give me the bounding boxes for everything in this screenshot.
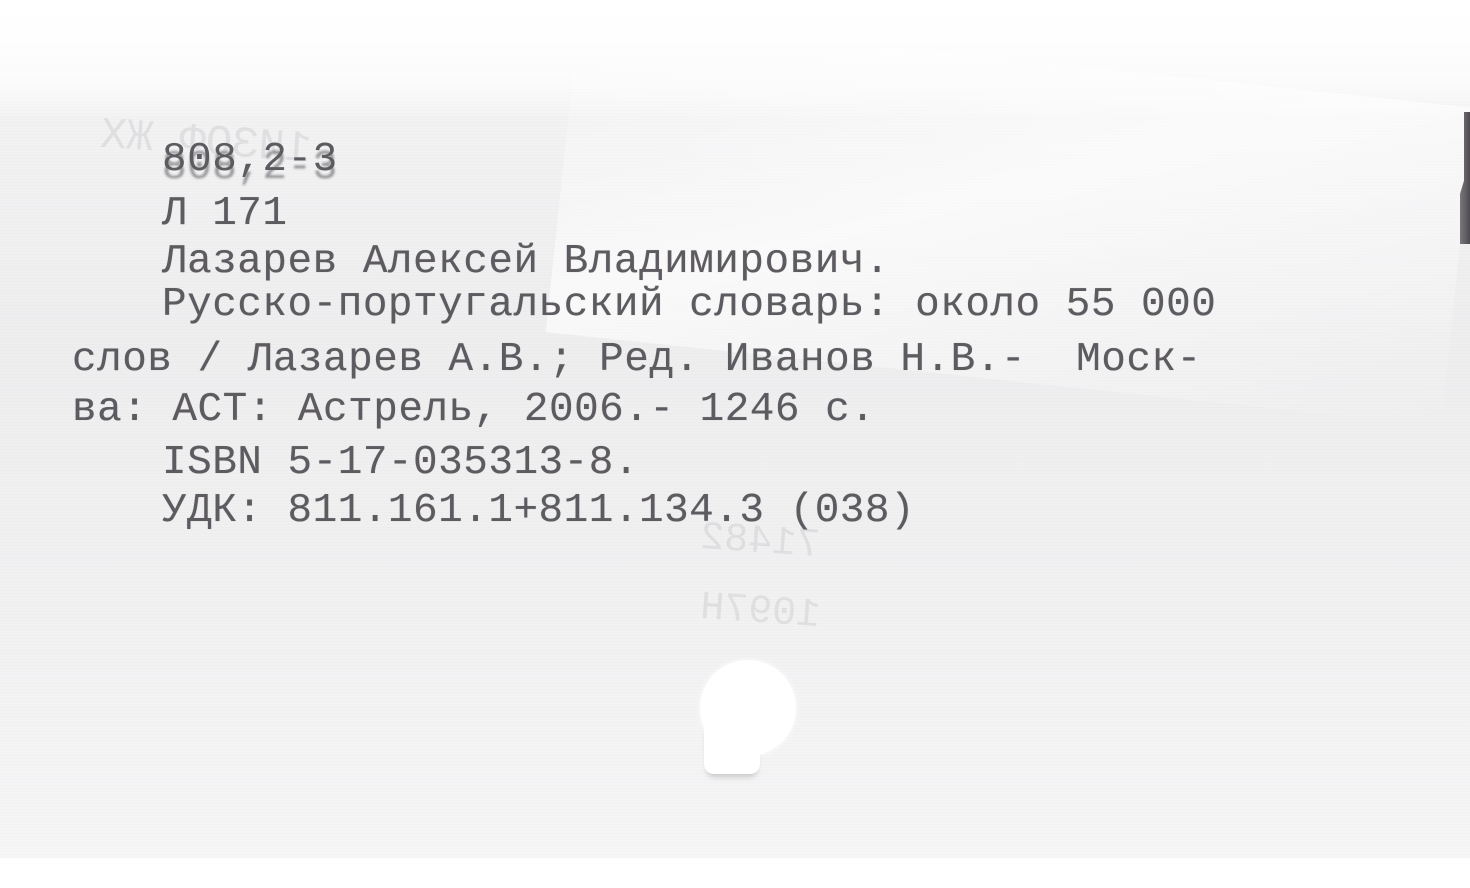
punch-hole (700, 660, 796, 756)
udk-classification: УДК: 811.161.1+811.134.3 (038) (162, 485, 915, 537)
description-line-1: Русско-португальский словарь: около 55 0… (162, 279, 1216, 331)
bleed-through-text-lower: 1097Н (699, 586, 822, 639)
isbn: ISBN 5-17-035313-8. (162, 437, 639, 489)
scanned-catalog-card: 1ИЗОФ ЖХ 71482 1097Н 808,2-3 Л 171 Лазар… (0, 0, 1470, 888)
card-paper: 1ИЗОФ ЖХ 71482 1097Н 808,2-3 Л 171 Лазар… (0, 0, 1470, 858)
author-mark: Л 171 (162, 188, 288, 240)
description-line-2: слов / Лазарев А.В.; Ред. Иванов Н.В.- М… (72, 334, 1202, 386)
description-line-3: ва: АСТ: Астрель, 2006.- 1246 с. (72, 384, 875, 436)
scan-highlight (0, 0, 1470, 120)
shelfmark: 808,2-3 (162, 134, 338, 186)
